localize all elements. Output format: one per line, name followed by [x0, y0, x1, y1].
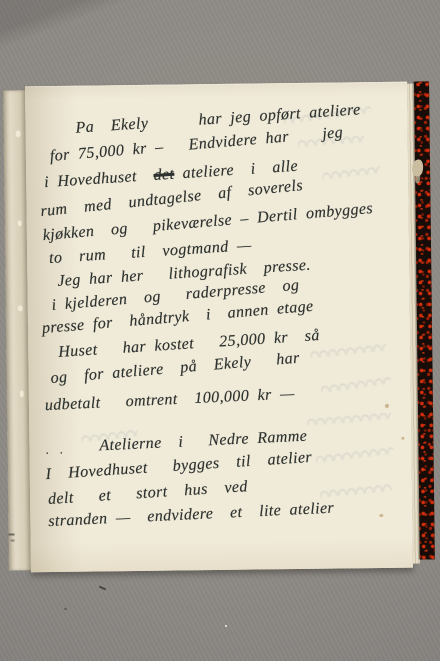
notebook: Pa Ekely har jeg opført ateliere for 75,…	[3, 81, 430, 572]
struck-word: det	[153, 166, 175, 184]
foxing-spot	[379, 514, 383, 517]
dust-speck	[99, 586, 106, 591]
line3-pre: i Hovedhuset	[44, 167, 154, 191]
bleedthrough-ink	[322, 163, 381, 180]
foxing-spot	[401, 437, 404, 440]
torn-paper-chip	[16, 130, 21, 137]
edge-ink-mark	[9, 533, 15, 535]
margin-dots: · ·	[45, 446, 64, 461]
felt-crease	[0, 0, 194, 59]
torn-paper-chip	[18, 220, 22, 226]
handwriting-line: udbetalt omtrent 100,000 kr —	[45, 385, 296, 415]
dust-speck	[64, 608, 67, 610]
edge-ink-mark	[11, 539, 15, 541]
dust-speck	[225, 625, 227, 627]
bleedthrough-ink	[310, 341, 387, 358]
torn-paper-chip	[18, 305, 23, 311]
foxing-spot	[385, 404, 389, 408]
bleedthrough-ink	[315, 444, 394, 463]
bleedthrough-ink	[307, 409, 392, 426]
bleedthrough-ink	[320, 481, 393, 498]
bleedthrough-ink	[320, 374, 391, 393]
notebook-page: Pa Ekely har jeg opført ateliere for 75,…	[25, 82, 413, 573]
handwriting-line: I Hovedhuset bygges til atelier	[45, 449, 312, 484]
torn-paper-chip	[20, 390, 24, 397]
